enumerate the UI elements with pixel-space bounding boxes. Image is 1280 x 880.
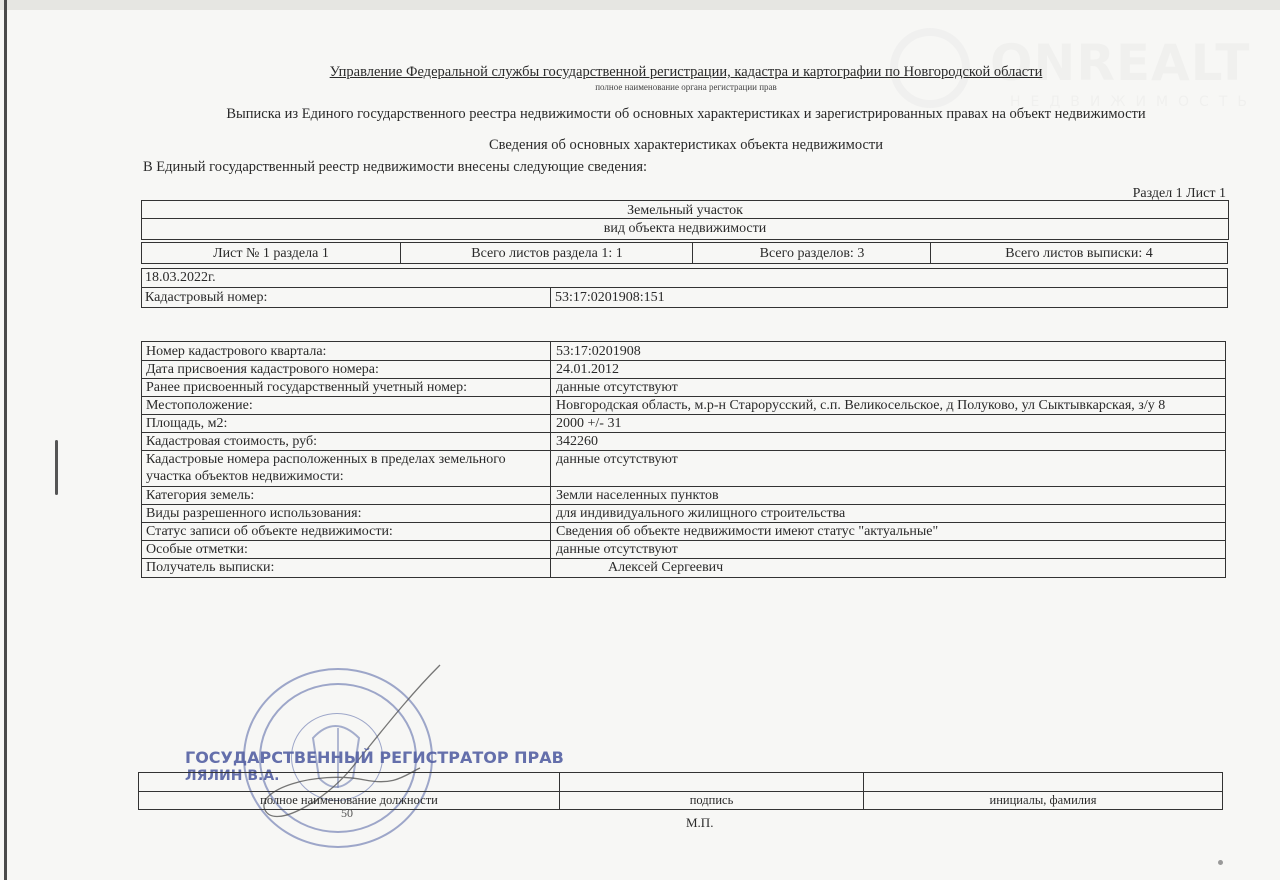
detail-label: Дата присвоения кадастрового номера: (142, 361, 550, 378)
object-type: Земельный участок (142, 202, 1228, 219)
detail-label-text: Кадастровая стоимость, руб: (146, 433, 550, 450)
detail-row: Категория земель:Земли населенных пункто… (142, 487, 1225, 504)
sections-total: Всего разделов: 3 (693, 245, 931, 262)
detail-value: Новгородская область, м.р-н Старорусский… (552, 397, 1225, 414)
detail-label-text: Дата присвоения кадастрового номера: (146, 361, 550, 378)
date-row: 18.03.2022г. (142, 269, 1227, 287)
detail-value: данные отсутствуют (552, 541, 1225, 558)
registrar-title-stamp: ГОСУДАРСТВЕННЫЙ РЕГИСТРАТОР ПРАВ (185, 748, 564, 767)
detail-row: Статус записи об объекте недвижимости:Св… (142, 523, 1225, 540)
detail-row: Особые отметки:данные отсутствуют (142, 541, 1225, 558)
detail-label: Площадь, м2: (142, 415, 550, 432)
seal-place-label: М.П. (686, 815, 713, 831)
detail-value: 24.01.2012 (552, 361, 1225, 378)
detail-label: Номер кадастрового квартала: (142, 343, 550, 360)
document-title: Выписка из Единого государственного реес… (0, 106, 1280, 123)
detail-label: Категория земель: (142, 487, 550, 504)
name-caption: инициалы, фамилия (864, 792, 1222, 809)
detail-value: 53:17:0201908 (552, 343, 1225, 360)
detail-label-text: Местоположение: (146, 397, 550, 414)
detail-row: Получатель выписки:Алексей Сергеевич (142, 559, 1225, 576)
detail-label: Особые отметки: (142, 541, 550, 558)
detail-row: Номер кадастрового квартала:53:17:020190… (142, 343, 1225, 360)
detail-label-text: Кадастровые номера расположенных в преде… (146, 451, 550, 468)
detail-row: Местоположение:Новгородская область, м.р… (142, 397, 1225, 414)
extract-date: 18.03.2022г. (142, 269, 1227, 287)
detail-label: Статус записи об объекте недвижимости: (142, 523, 550, 540)
cadastral-box: 18.03.2022г. Кадастровый номер: 53:17:02… (141, 268, 1228, 308)
detail-value: 2000 +/- 31 (552, 415, 1225, 432)
seal-number: 50 (341, 806, 353, 821)
detail-value: данные отсутствуют (552, 451, 1225, 486)
detail-label-text-line2: участка объектов недвижимости: (146, 468, 550, 485)
detail-value: для индивидуального жилищного строительс… (552, 505, 1225, 522)
detail-value: Сведения об объекте недвижимости имеют с… (552, 523, 1225, 540)
detail-row: Дата присвоения кадастрового номера:24.0… (142, 361, 1225, 378)
extract-sheets-total: Всего листов выписки: 4 (931, 245, 1227, 262)
detail-label-text: Особые отметки: (146, 541, 550, 558)
detail-label: Получатель выписки: (142, 559, 550, 576)
detail-label-text: Номер кадастрового квартала: (146, 343, 550, 360)
sheet-number: Лист № 1 раздела 1 (142, 245, 400, 262)
detail-label-text: Категория земель: (146, 487, 550, 504)
signature-caption: подпись (560, 792, 863, 809)
detail-label: Местоположение: (142, 397, 550, 414)
details-table: Номер кадастрового квартала:53:17:020190… (141, 341, 1226, 578)
detail-label-text: Площадь, м2: (146, 415, 550, 432)
detail-label-text: Виды разрешенного использования: (146, 505, 550, 522)
detail-label: Ранее присвоенный государственный учетны… (142, 379, 550, 396)
margin-mark (55, 440, 58, 495)
detail-row: Виды разрешенного использования:для инди… (142, 505, 1225, 522)
detail-value: Земли населенных пунктов (552, 487, 1225, 504)
detail-label: Кадастровые номера расположенных в преде… (142, 451, 550, 486)
detail-row: Кадастровая стоимость, руб:342260 (142, 433, 1225, 450)
intro-text: В Единый государственный реестр недвижим… (143, 159, 647, 176)
object-type-caption-row: вид объекта недвижимости (142, 220, 1228, 237)
section-title: Сведения об основных характеристиках объ… (0, 137, 1280, 154)
detail-value: данные отсутствуют (552, 379, 1225, 396)
detail-label-text: Получатель выписки: (146, 559, 550, 576)
detail-label: Виды разрешенного использования: (142, 505, 550, 522)
signature-table: полное наименование должности подпись ин… (138, 772, 1223, 810)
authority-name: Управление Федеральной службы государств… (0, 64, 1280, 81)
detail-row: Кадастровые номера расположенных в преде… (142, 451, 1225, 486)
cadastral-number-value: 53:17:0201908:151 (552, 289, 1227, 307)
object-type-caption: вид объекта недвижимости (142, 220, 1228, 237)
authority-caption: полное наименование органа регистрации п… (0, 82, 1280, 92)
page-edge (0, 0, 1280, 10)
detail-row: Ранее присвоенный государственный учетны… (142, 379, 1225, 396)
cadastral-number-row: Кадастровый номер: 53:17:0201908:151 (142, 289, 1227, 307)
detail-label-text: Статус записи об объекте недвижимости: (146, 523, 550, 540)
scan-speck (1218, 860, 1223, 865)
section-sheets-total: Всего листов раздела 1: 1 (401, 245, 693, 262)
page-border (4, 0, 7, 880)
object-type-row: Земельный участок (142, 202, 1228, 219)
detail-label-text: Ранее присвоенный государственный учетны… (146, 379, 550, 396)
cadastral-number-label: Кадастровый номер: (142, 289, 550, 307)
detail-value: 342260 (552, 433, 1225, 450)
detail-row: Площадь, м2:2000 +/- 31 (142, 415, 1225, 432)
detail-label: Кадастровая стоимость, руб: (142, 433, 550, 450)
object-type-box: Земельный участок вид объекта недвижимос… (141, 200, 1229, 240)
sheet-info-row: Лист № 1 раздела 1 Всего листов раздела … (141, 242, 1228, 264)
detail-value: Алексей Сергеевич (552, 559, 1225, 576)
